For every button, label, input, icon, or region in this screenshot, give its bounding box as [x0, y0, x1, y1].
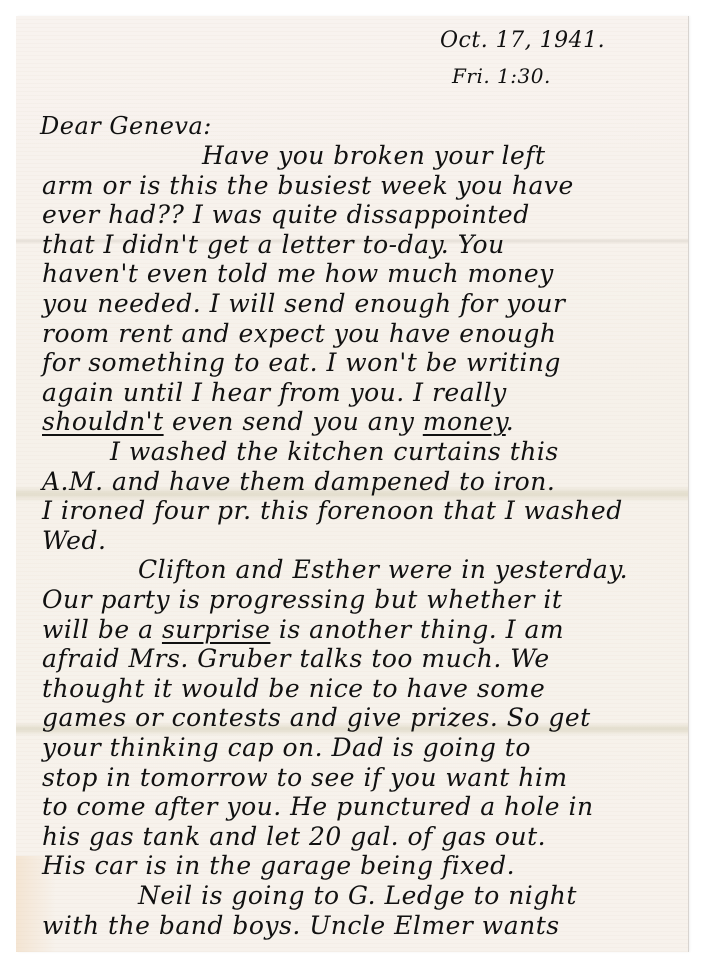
line-text: will be a: [42, 615, 162, 644]
letter-line: ever had?? I was quite dissappointed: [42, 200, 530, 229]
letter-line: haven't even told me how much money: [42, 259, 554, 288]
line-text: .: [506, 407, 514, 436]
underlined-word: surprise: [162, 615, 270, 644]
line-text: is another thing. I am: [270, 615, 564, 644]
underlined-word: shouldn't: [42, 407, 164, 436]
letter-line: your thinking cap on. Dad is going to: [42, 733, 531, 762]
letter-time: Fri. 1:30.: [452, 64, 551, 88]
letter-line: that I didn't get a letter to-day. You: [42, 230, 505, 259]
letter-line: stop in tomorrow to see if you want him: [42, 763, 568, 792]
letter-line: Neil is going to G. Ledge to night: [138, 881, 577, 910]
letter-line: shouldn't even send you any money.: [42, 407, 514, 436]
letter-line: you needed. I will send enough for your: [42, 289, 565, 318]
letter-line: I ironed four pr. this forenoon that I w…: [42, 496, 623, 525]
letter-line: will be a surprise is another thing. I a…: [42, 615, 564, 644]
letter-line: thought it would be nice to have some: [42, 674, 545, 703]
underlined-word: money: [423, 407, 506, 436]
letter-line: his gas tank and let 20 gal. of gas out.: [42, 822, 546, 851]
letter-line: Clifton and Esther were in yesterday.: [138, 555, 628, 584]
letter-line: with the band boys. Uncle Elmer wants: [42, 911, 560, 940]
letter-salutation: Dear Geneva:: [40, 112, 212, 140]
letter-line: games or contests and give prizes. So ge…: [42, 703, 591, 732]
letter-page: Oct. 17, 1941. Fri. 1:30. Dear Geneva: H…: [16, 16, 688, 952]
line-text: even send you any: [164, 407, 423, 436]
letter-line: I washed the kitchen curtains this: [110, 437, 559, 466]
letter-line: His car is in the garage being fixed.: [42, 851, 515, 880]
letter-line: Wed.: [42, 526, 106, 555]
letter-line: A.M. and have them dampened to iron.: [42, 467, 555, 496]
letter-line: again until I hear from you. I really: [42, 378, 507, 407]
letter-line: afraid Mrs. Gruber talks too much. We: [42, 644, 550, 673]
letter-line: for something to eat. I won't be writing: [42, 348, 561, 377]
letter-line: Have you broken your left: [202, 141, 546, 170]
letter-line: arm or is this the busiest week you have: [42, 171, 574, 200]
letter-line: Our party is progressing but whether it: [42, 585, 562, 614]
letter-line: to come after you. He punctured a hole i…: [42, 792, 594, 821]
letter-date: Oct. 17, 1941.: [440, 28, 605, 53]
letter-line: room rent and expect you have enough: [42, 319, 556, 348]
